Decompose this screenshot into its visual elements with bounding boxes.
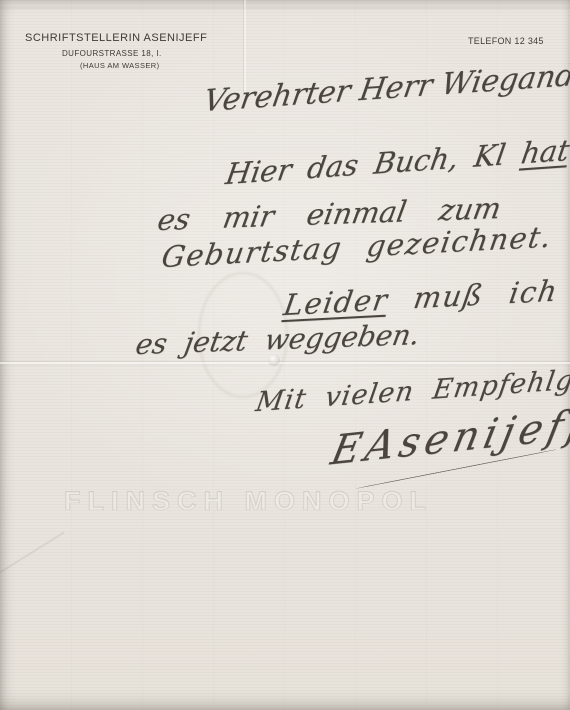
salutation-text: Verehrter Herr Wiegand!: [201, 57, 570, 119]
body-line-1: Hier das Buch, Kl hat: [223, 133, 570, 191]
paper-maker-watermark: FLINSCH MONOPOL: [64, 486, 433, 517]
salutation-line: Verehrter Herr Wiegand!: [201, 57, 570, 119]
corner-crease: [0, 531, 64, 574]
body-line-4: Leider muß ich: [281, 273, 561, 322]
signature: EAsenijeff: [327, 401, 570, 475]
horizontal-fold-crease: [0, 361, 570, 366]
letterhead-street: DUFOURSTRASSE 18, I.: [62, 49, 162, 58]
top-edge-crease: [0, 7, 570, 9]
letterhead-building-note: (HAUS AM WASSER): [80, 61, 159, 70]
underlined-word: hat: [519, 133, 570, 171]
letterhead-telephone: TELEFON 12 345: [468, 36, 544, 46]
letter-page: FLINSCH MONOPOL SCHRIFTSTELLERIN ASENIJE…: [0, 0, 570, 710]
underlined-word: Leider: [281, 282, 391, 322]
body-line-5: es jetzt weggeben.: [133, 318, 422, 361]
letterhead-name: SCHRIFTSTELLERIN ASENIJEFF: [25, 32, 207, 44]
